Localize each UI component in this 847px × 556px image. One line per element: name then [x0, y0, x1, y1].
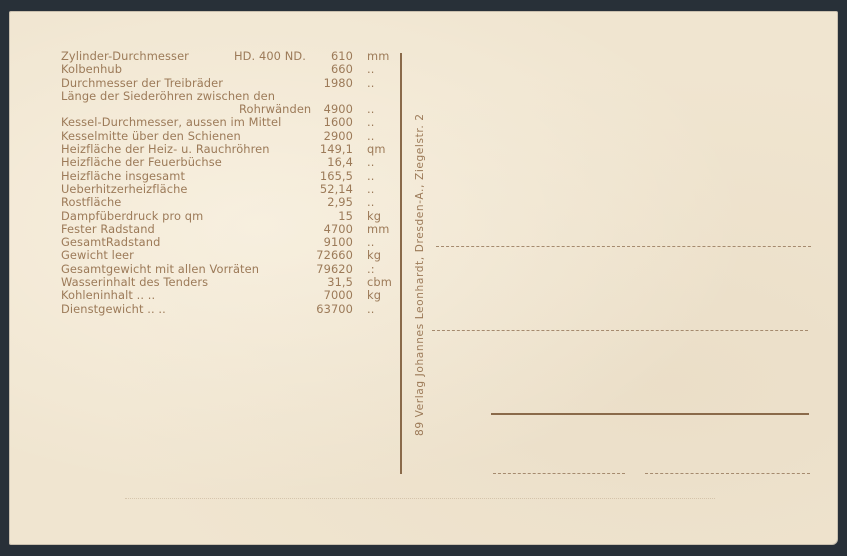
- spec-row: Heizfläche der Heiz- u. Rauchröhren149,1…: [61, 143, 391, 156]
- spec-unit: ..: [367, 130, 374, 143]
- spec-value: 72660: [316, 249, 353, 262]
- spec-label: Zylinder-Durchmesser: [61, 50, 189, 63]
- spec-label: Rohrwänden: [239, 103, 311, 116]
- spec-row: Länge der Siederöhren zwischen den: [61, 90, 391, 103]
- locomotive-spec-table: Zylinder-DurchmesserHD. 400 ND.610mmKolb…: [61, 50, 391, 316]
- spec-label: Heizfläche der Feuerbüchse: [61, 156, 222, 169]
- spec-label: Gesamtgewicht mit allen Vorräten: [61, 263, 259, 276]
- spec-unit: ..: [367, 103, 374, 116]
- spec-row: Kesselmitte über den Schienen2900..: [61, 130, 391, 143]
- address-line-3: [491, 413, 809, 415]
- spec-value: 149,1: [320, 143, 353, 156]
- spec-mid-value: HD. 400 ND.: [234, 50, 306, 63]
- center-divider-line: [400, 53, 402, 474]
- spec-label: Kesselmitte über den Schienen: [61, 130, 241, 143]
- spec-unit: ..: [367, 116, 374, 129]
- faint-print-trace: [125, 498, 715, 499]
- spec-unit: kg: [367, 289, 381, 302]
- spec-value: 63700: [316, 303, 353, 316]
- spec-value: 15: [338, 210, 353, 223]
- spec-unit: ..: [367, 236, 374, 249]
- address-line-4b: [645, 473, 810, 474]
- spec-row: Kessel-Durchmesser, aussen im Mittel1600…: [61, 116, 391, 129]
- spec-row: Wasserinhalt des Tenders31,5cbm: [61, 276, 391, 289]
- spec-unit: ..: [367, 196, 374, 209]
- spec-label: Heizfläche der Heiz- u. Rauchröhren: [61, 143, 270, 156]
- spec-unit: ..: [367, 303, 374, 316]
- spec-row: Gewicht leer72660kg: [61, 249, 391, 262]
- spec-row: GesamtRadstand9100..: [61, 236, 391, 249]
- spec-row: Dampfüberdruck pro qm15kg: [61, 210, 391, 223]
- spec-row: Rostfläche2,95..: [61, 196, 391, 209]
- address-line-2: [432, 330, 808, 331]
- spec-value: 31,5: [327, 276, 353, 289]
- spec-value: 52,14: [320, 183, 353, 196]
- spec-value: 9100: [324, 236, 353, 249]
- spec-unit: kg: [367, 249, 381, 262]
- spec-value: 4900: [324, 103, 353, 116]
- spec-unit: ..: [367, 170, 374, 183]
- spec-label: Kessel-Durchmesser, aussen im Mittel: [61, 116, 281, 129]
- spec-value: 1980: [324, 77, 353, 90]
- spec-value: 2,95: [327, 196, 353, 209]
- spec-row: Durchmesser der Treibräder1980..: [61, 77, 391, 90]
- spec-value: 4700: [324, 223, 353, 236]
- spec-unit: ..: [367, 156, 374, 169]
- spec-unit: kg: [367, 210, 381, 223]
- spec-value: 165,5: [320, 170, 353, 183]
- spec-unit: ..: [367, 77, 374, 90]
- spec-value: 16,4: [327, 156, 353, 169]
- spec-label: Wasserinhalt des Tenders: [61, 276, 208, 289]
- spec-value: 660: [331, 63, 353, 76]
- spec-unit: ..: [367, 63, 374, 76]
- spec-row: Dienstgewicht .. ..63700..: [61, 303, 391, 316]
- spec-unit: qm: [367, 143, 386, 156]
- spec-value: 2900: [324, 130, 353, 143]
- spec-row: Kohleninhalt .. ..7000kg: [61, 289, 391, 302]
- spec-unit: cbm: [367, 276, 392, 289]
- address-line-1: [436, 246, 811, 247]
- spec-row: Zylinder-DurchmesserHD. 400 ND.610mm: [61, 50, 391, 63]
- spec-row: Kolbenhub660..: [61, 63, 391, 76]
- spec-row: Rohrwänden4900..: [61, 103, 391, 116]
- spec-label: Länge der Siederöhren zwischen den: [61, 90, 275, 103]
- spec-label: Gewicht leer: [61, 249, 134, 262]
- spec-label: Ueberhitzerheizfläche: [61, 183, 188, 196]
- spec-label: Kolbenhub: [61, 63, 122, 76]
- spec-unit: mm: [367, 50, 389, 63]
- spec-label: Durchmesser der Treibräder: [61, 77, 223, 90]
- spec-label: Kohleninhalt .. ..: [61, 289, 155, 302]
- spec-label: Dampfüberdruck pro qm: [61, 210, 203, 223]
- spec-row: Ueberhitzerheizfläche52,14..: [61, 183, 391, 196]
- publisher-imprint: 89 Verlag Johannes Leonhardt, Dresden-A.…: [414, 113, 426, 436]
- spec-row: Gesamtgewicht mit allen Vorräten79620.:: [61, 263, 391, 276]
- spec-label: Heizfläche insgesamt: [61, 170, 185, 183]
- spec-label: Rostfläche: [61, 196, 121, 209]
- spec-value: 79620: [316, 263, 353, 276]
- spec-unit: .:: [367, 263, 375, 276]
- spec-row: Heizfläche insgesamt165,5..: [61, 170, 391, 183]
- spec-unit: mm: [367, 223, 389, 236]
- spec-value: 1600: [324, 116, 353, 129]
- spec-row: Heizfläche der Feuerbüchse16,4..: [61, 156, 391, 169]
- address-line-4: [493, 473, 625, 474]
- spec-unit: ..: [367, 183, 374, 196]
- spec-value: 610: [331, 50, 353, 63]
- spec-label: Fester Radstand: [61, 223, 155, 236]
- spec-value: 7000: [324, 289, 353, 302]
- spec-row: Fester Radstand4700mm: [61, 223, 391, 236]
- spec-label: Dienstgewicht .. ..: [61, 303, 166, 316]
- spec-label: GesamtRadstand: [61, 236, 160, 249]
